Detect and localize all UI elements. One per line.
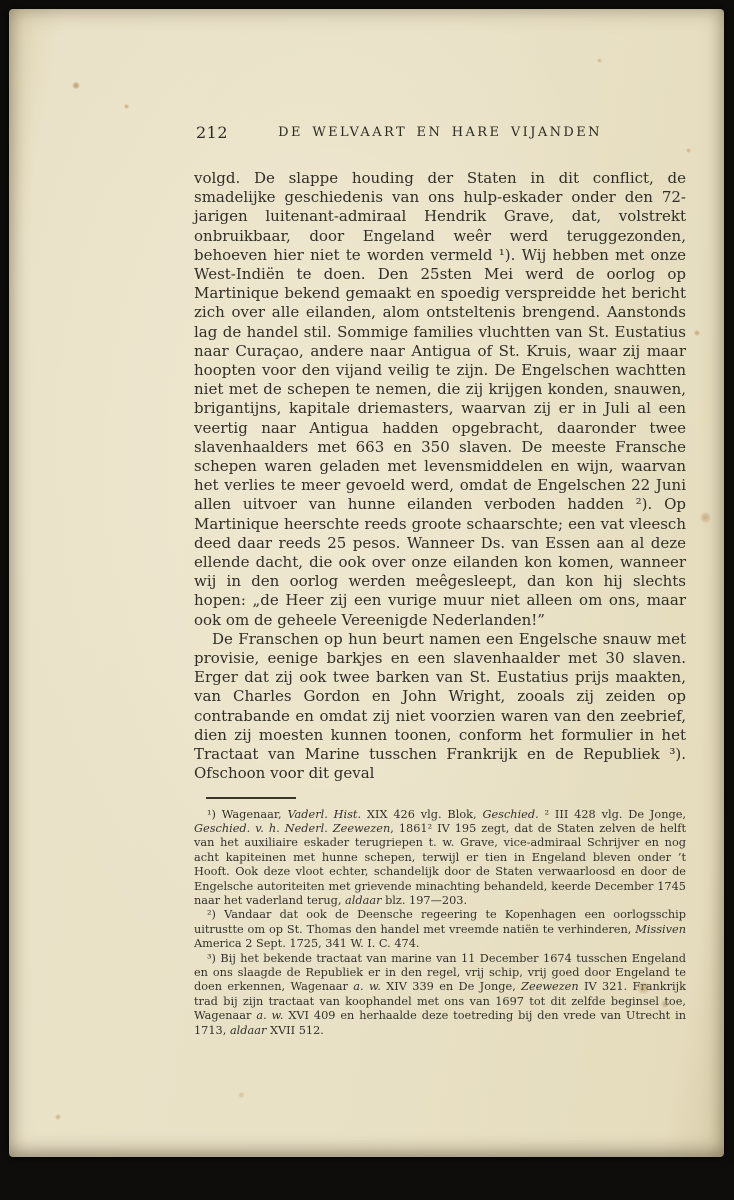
body-paragraph: volgd. De slappe houding der Staten in d… [194,169,686,630]
body-paragraph: De Franschen op hun beurt namen een Enge… [194,630,686,784]
running-title: DE WELVAART EN HARE VIJANDEN [194,122,686,140]
footnote-divider [206,797,296,799]
scan-background: 212 DE WELVAART EN HARE VIJANDEN volgd. … [0,0,734,1200]
text-block: volgd. De slappe houding der Staten in d… [194,169,686,1038]
footnote-3: ³) Bij het bekende tractaat van marine v… [194,952,686,1038]
book-page: 212 DE WELVAART EN HARE VIJANDEN volgd. … [9,9,724,1157]
page-number: 212 [196,123,228,142]
footnote-1: ¹) Wagenaar, Vaderl. Hist. XIX 426 vlg. … [194,808,686,909]
page-header: 212 DE WELVAART EN HARE VIJANDEN [194,122,686,142]
footnote-2: ²) Vandaar dat ook de Deensche regeering… [194,908,686,951]
